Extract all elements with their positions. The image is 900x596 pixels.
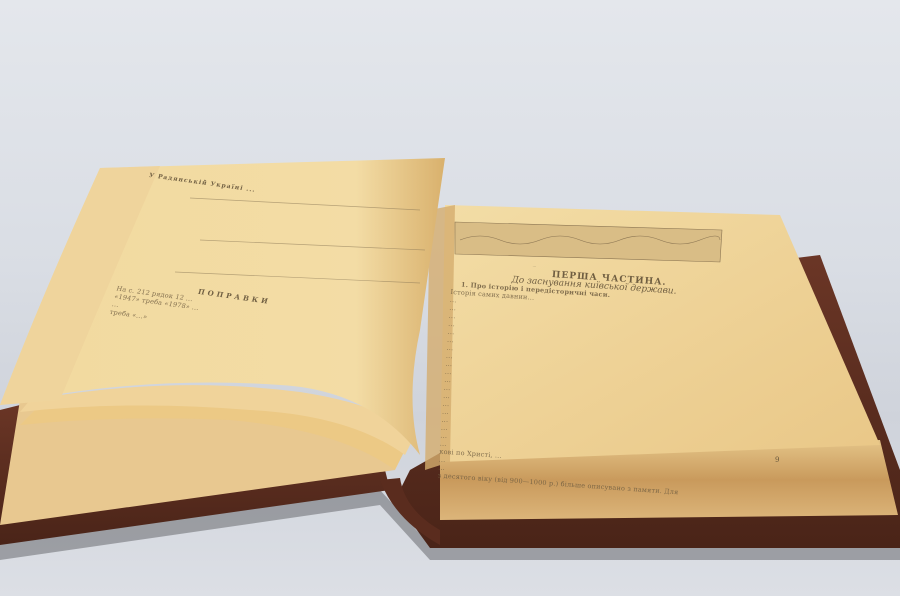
right-page-text: ... ПЕРША ЧАСТИНА. До заснування київськ… (437, 256, 693, 496)
page-number: 9 (775, 456, 779, 464)
book-photo: У Радянській Україні ... ПОПРАВКИ На с. … (0, 0, 900, 596)
